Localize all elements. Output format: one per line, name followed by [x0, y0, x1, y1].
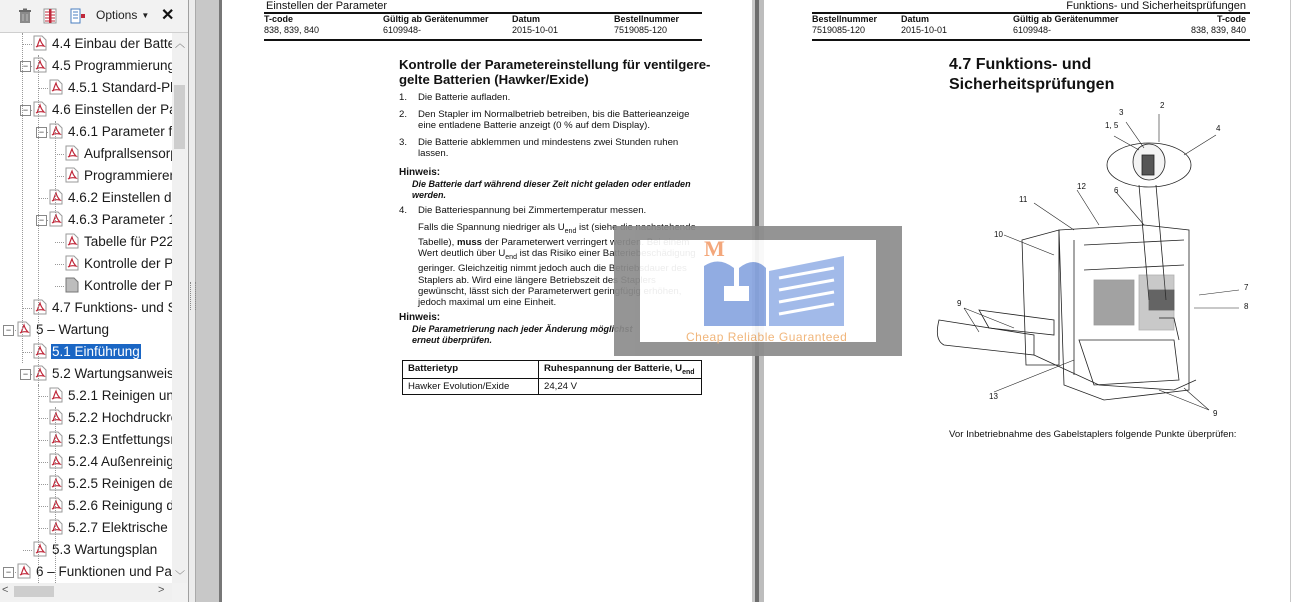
bookmark-label: 5.2.7 Elektrische [67, 520, 169, 535]
tree-connector [39, 440, 48, 441]
header-field: Bestellnummer7519085-120 [812, 14, 877, 36]
tree-connector [39, 484, 48, 485]
bookmark-item[interactable]: 4.5.1 Standard-Pl [49, 77, 172, 99]
callout-label: 4 [1216, 124, 1220, 133]
header-value: 6109948- [1013, 25, 1051, 35]
bookmark-label: 5.2.4 Außenreinig [67, 454, 172, 469]
table-cell: 24,24 V [539, 378, 702, 394]
tree-connector [55, 242, 64, 243]
header-value: 7519085-120 [614, 25, 667, 35]
table-header-cell: Batterietyp [403, 361, 539, 379]
section-heading: Kontrolle der Parametereinstellung für v… [399, 57, 710, 87]
callout-label: 7 [1244, 283, 1248, 292]
close-panel-button[interactable]: ✕ [161, 5, 174, 25]
watermark: M Cheap Reliable Guaranteed [614, 226, 902, 356]
tree-connector [55, 176, 64, 177]
bookmark-label: 4.5 Programmierung [51, 58, 172, 73]
bookmark-label: Kontrolle der P [83, 256, 172, 271]
vertical-scrollbar[interactable]: ︿ ﹀ [172, 33, 187, 583]
options-menu-button[interactable]: Options▼ [96, 8, 149, 22]
callout-label: 9 [957, 299, 961, 308]
battery-table: Batterietyp Ruhespannung der Batterie, U… [402, 360, 702, 395]
scroll-thumb-horizontal[interactable] [14, 586, 54, 597]
bookmark-item[interactable]: 5.2.6 Reinigung d [49, 495, 172, 517]
header-label: Datum [512, 14, 558, 25]
horizontal-scrollbar[interactable]: < > [0, 583, 172, 600]
bookmark-item[interactable]: 5.3 Wartungsplan [33, 539, 158, 561]
pdf-bookmark-icon [49, 475, 63, 491]
header-field: Bestellnummer7519085-120 [614, 14, 679, 36]
step-number: 2. [399, 109, 407, 120]
callout-label: 10 [994, 230, 1003, 239]
trash-icon[interactable] [17, 8, 33, 24]
tree-connector [39, 418, 48, 419]
bookmark-item[interactable]: 5.2.4 Außenreinig [49, 451, 172, 473]
bookmark-label: 4.4 Einbau der Batte [51, 36, 172, 51]
bookmark-item[interactable]: 4.6.2 Einstellen d [49, 187, 172, 209]
manual-logo-icon [694, 246, 854, 336]
forklift-diagram [934, 100, 1264, 425]
bookmark-label: 4.7 Funktions- und S [51, 300, 172, 315]
table-header-cell: Ruhespannung der Batterie, Uend [539, 361, 702, 379]
bookmark-label: 5.2.1 Reinigen un [67, 388, 172, 403]
bookmark-item[interactable]: 4.7 Funktions- und S [33, 297, 172, 319]
tree-guide [55, 121, 56, 221]
step-text: Den Stapler im Normalbetrieb betreiben, … [418, 109, 704, 131]
pdf-bookmark-icon [49, 497, 63, 513]
tree-connector [39, 396, 48, 397]
table-cell: Hawker Evolution/Exide [403, 378, 539, 394]
pdf-bookmark-icon [65, 233, 79, 249]
header-rule-bottom [812, 39, 1250, 41]
header-value: 838, 839, 840 [1191, 25, 1246, 35]
callout-label: 2 [1160, 101, 1164, 110]
scroll-down-icon[interactable]: ﹀ [175, 567, 185, 582]
header-label: Gültig ab Gerätenummer [1013, 14, 1119, 25]
tree-connector [39, 506, 48, 507]
tree-connector [23, 44, 32, 45]
table-header-row: Batterietyp Ruhespannung der Batterie, U… [403, 361, 702, 379]
bookmark-label: 4.6.3 Parameter 1 [67, 212, 172, 227]
pdf-bookmark-icon [49, 123, 63, 139]
step-text: Die Batterie abklemmen und mindestens zw… [418, 137, 704, 159]
callout-label: 1, 5 [1105, 121, 1118, 130]
bookmark-item[interactable]: 5.2 Wartungsanweis [33, 363, 172, 385]
bookmark-item[interactable]: Kontrolle der P [65, 253, 172, 275]
pdf-bookmark-icon [33, 57, 47, 73]
tree-connector [55, 286, 64, 287]
header-label: Bestellnummer [812, 14, 877, 25]
step-4: 4. Die Batteriespannung bei Zimmertemper… [399, 205, 704, 216]
bookmark-item[interactable]: 5 – Wartung [17, 319, 110, 341]
pdf-bookmark-icon [49, 519, 63, 535]
tree-guide [38, 55, 39, 385]
bookmark-label: 4.6 Einstellen der Pa [51, 102, 172, 117]
pdf-bookmark-icon [17, 563, 31, 579]
collapse-toggle[interactable]: − [3, 567, 14, 578]
bookmark-item[interactable]: 4.6.1 Parameter f [49, 121, 172, 143]
collapse-toggle[interactable]: − [3, 325, 14, 336]
pdf-bookmark-icon [33, 299, 47, 315]
pdf-bookmark-icon [33, 343, 47, 359]
step-text: Die Batterie aufladen. [418, 92, 704, 103]
bookmark-label: 4.6.2 Einstellen d [67, 190, 172, 205]
panel-splitter[interactable] [189, 0, 196, 602]
bookmarks-toolbar: Options▼ ✕ [0, 0, 188, 33]
step-item: 1.Die Batterie aufladen. [399, 92, 704, 103]
bookmark-label: 4.5.1 Standard-Pl [67, 80, 172, 95]
callout-label: 12 [1077, 182, 1086, 191]
bookmark-label: 5.2.2 Hochdruckre [67, 410, 172, 425]
watermark-text: Cheap Reliable Guaranteed [686, 330, 847, 344]
tree-guide [55, 407, 56, 583]
pdf-bookmark-icon [33, 35, 47, 51]
header-value: 7519085-120 [812, 25, 865, 35]
callout-label: 13 [989, 392, 998, 401]
pdf-bookmark-icon [65, 167, 79, 183]
header-rule-bottom [264, 39, 702, 41]
bookmark-item[interactable]: 4.6.3 Parameter 1 [49, 209, 172, 231]
tree-connector [39, 198, 48, 199]
bookmark-label: 5.2 Wartungsanweis [51, 366, 172, 381]
tree-connector [39, 462, 48, 463]
bookmark-item[interactable]: Programmieren [65, 165, 172, 187]
tree-connector [39, 528, 48, 529]
expand-bookmarks-icon[interactable] [42, 8, 58, 24]
scroll-right-icon[interactable]: > [158, 584, 164, 596]
pdf-bookmark-icon [49, 79, 63, 95]
step-number: 1. [399, 92, 407, 103]
tree-connector [39, 88, 48, 89]
pdf-bookmark-icon [33, 101, 47, 117]
bookmark-label: 5.1 Einführung [51, 344, 141, 359]
tree-connector [23, 308, 32, 309]
bookmark-label: 5.2.5 Reinigen de [67, 476, 172, 491]
bookmark-label: Programmieren [83, 168, 172, 183]
header-label: T-code [264, 14, 319, 25]
bookmark-label: 5.2.6 Reinigung d [67, 498, 172, 513]
new-bookmark-icon[interactable] [70, 8, 86, 24]
note-label: Hinweis: [399, 167, 440, 178]
tree-connector [55, 154, 64, 155]
bookmarks-panel: Options▼ ✕ 4.4 Einbau der Batte−4.5 Prog… [0, 0, 189, 602]
pdf-bookmark-icon [49, 431, 63, 447]
bookmark-label: Aufprallsensorp [83, 146, 172, 161]
tree-guide [38, 385, 39, 583]
bookmarks-tree: 4.4 Einbau der Batte−4.5 Programmierung4… [0, 33, 172, 583]
bookmark-item[interactable]: 5.1 Einführung [33, 341, 141, 363]
header-field: Gültig ab Gerätenummer6109948- [1013, 14, 1119, 36]
bookmark-item[interactable]: Aufprallsensorp [65, 143, 172, 165]
pdf-bookmark-icon [49, 189, 63, 205]
bookmark-item[interactable]: 5.2.3 Entfettungsı [49, 429, 172, 451]
note-label-2: Hinweis: [399, 312, 440, 323]
running-title: Funktions- und Sicherheitsprüfungen [1066, 0, 1246, 12]
bookmark-label: 4.6.1 Parameter f [67, 124, 172, 139]
bookmark-label: 5 – Wartung [35, 322, 110, 337]
tree-connector [55, 264, 64, 265]
bookmark-item[interactable]: Kontrolle der P [65, 275, 172, 297]
bookmark-item[interactable]: 6 – Funktionen und Pa [17, 561, 172, 583]
bookmark-item[interactable]: 4.4 Einbau der Batte [33, 33, 172, 55]
header-label: Datum [901, 14, 947, 25]
header-field: Datum2015-10-01 [512, 14, 558, 36]
section-heading: 4.7 Funktions- und Sicherheitsprüfungen [949, 55, 1114, 95]
scroll-thumb[interactable] [174, 85, 185, 149]
pdf-bookmark-icon [65, 145, 79, 161]
step-item: 2.Den Stapler im Normalbetrieb betreiben… [399, 109, 704, 131]
pdf-bookmark-icon [65, 255, 79, 271]
bookmark-item[interactable]: 5.2.5 Reinigen de [49, 473, 172, 495]
callout-label: 11 [1019, 195, 1027, 204]
step-item: 3.Die Batterie abklemmen und mindestens … [399, 137, 704, 159]
header-label: Bestellnummer [614, 14, 679, 25]
bookmark-item[interactable]: Tabelle für P22 [65, 231, 172, 253]
pdf-bookmark-icon [49, 211, 63, 227]
tree-connector [23, 550, 32, 551]
header-label: T-code [1191, 14, 1246, 25]
scroll-left-icon[interactable]: < [2, 584, 8, 596]
bookmark-label: Kontrolle der P [83, 278, 172, 293]
header-field: Datum2015-10-01 [901, 14, 947, 36]
running-title: Einstellen der Parameter [266, 0, 387, 12]
scroll-up-icon[interactable]: ︿ [175, 35, 185, 50]
figure-caption: Vor Inbetriebnahme des Gabelstaplers fol… [949, 429, 1269, 440]
header-value: 2015-10-01 [901, 25, 947, 35]
header-value: 2015-10-01 [512, 25, 558, 35]
bookmark-label: Tabelle für P22 [83, 234, 172, 249]
pdf-bookmark-icon [49, 387, 63, 403]
callout-label: 9 [1213, 409, 1217, 418]
splitter-grip[interactable] [190, 282, 196, 310]
bookmark-item[interactable]: 5.2.2 Hochdruckre [49, 407, 172, 429]
callout-label: 3 [1119, 108, 1123, 117]
step-number: 3. [399, 137, 407, 148]
header-label: Gültig ab Gerätenummer [383, 14, 489, 25]
tree-connector [23, 352, 32, 353]
header-field: Gültig ab Gerätenummer6109948- [383, 14, 489, 36]
callout-label: 6 [1114, 186, 1118, 195]
bookmark-item[interactable]: 4.6 Einstellen der Pa [33, 99, 172, 121]
note-text: Die Batterie darf während dieser Zeit ni… [412, 179, 702, 201]
tree-guide [22, 33, 23, 363]
pdf-bookmark-icon [49, 409, 63, 425]
collapse-toggle[interactable]: − [20, 369, 31, 380]
header-value: 838, 839, 840 [264, 25, 319, 35]
caret-down-icon: ▼ [141, 11, 149, 20]
bookmark-item[interactable]: 5.2.7 Elektrische [49, 517, 169, 539]
pdf-bookmark-icon [17, 321, 31, 337]
header-field: T-code838, 839, 840 [264, 14, 319, 36]
pdf-bookmark-icon [33, 365, 47, 381]
bookmark-item[interactable]: 5.2.1 Reinigen un [49, 385, 172, 407]
callout-label: 8 [1244, 302, 1248, 311]
table-row: Hawker Evolution/Exide 24,24 V [403, 378, 702, 394]
header-field: T-code838, 839, 840 [1191, 14, 1246, 36]
pdf-bookmark-icon [49, 453, 63, 469]
bookmark-item[interactable]: 4.5 Programmierung [33, 55, 172, 77]
options-label: Options [96, 8, 137, 22]
page-icon [65, 277, 79, 293]
header-value: 6109948- [383, 25, 421, 35]
bookmark-label: 5.3 Wartungsplan [51, 542, 158, 557]
bookmark-label: 5.2.3 Entfettungsı [67, 432, 172, 447]
pdf-bookmark-icon [33, 541, 47, 557]
